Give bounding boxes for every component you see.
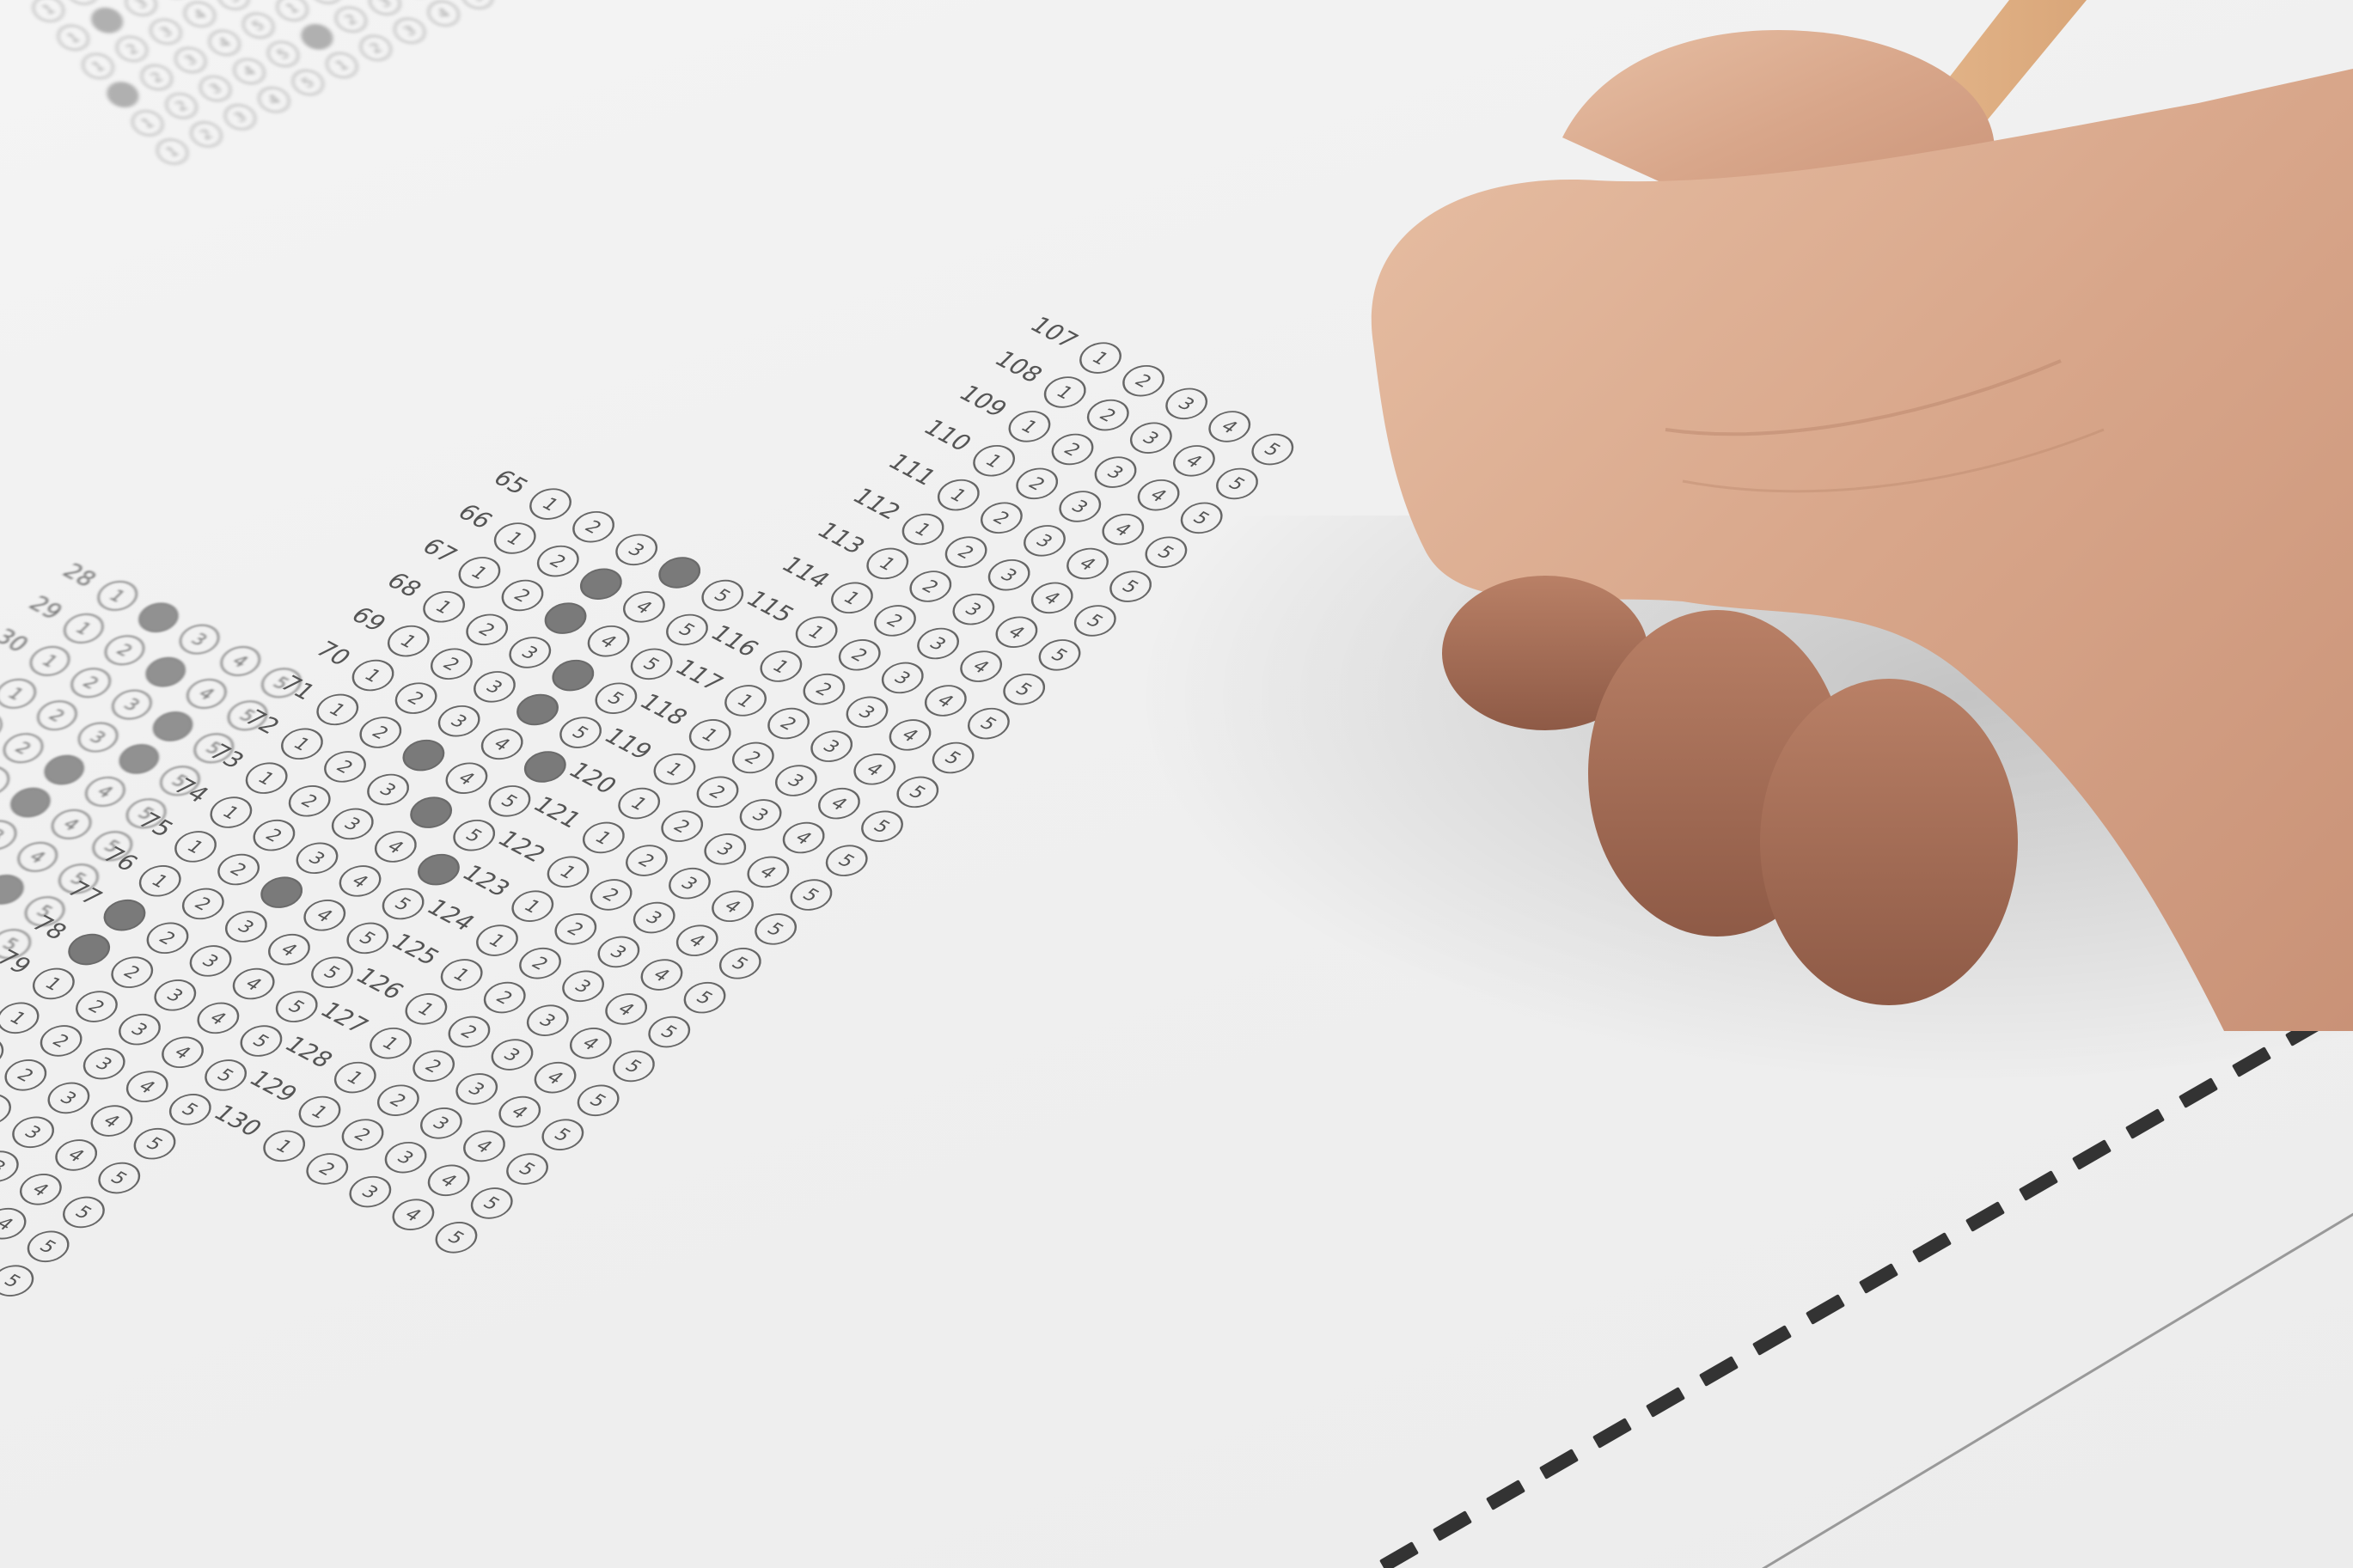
answer-bubble[interactable]: 3 [1157, 382, 1216, 425]
answer-bubble: 1 [101, 77, 144, 112]
answer-bubble[interactable]: 3 [171, 619, 228, 660]
answer-bubble[interactable]: 1 [645, 747, 705, 790]
answer-bubble[interactable]: 3 [589, 930, 648, 973]
answer-bubble[interactable]: 4 [810, 782, 869, 825]
answer-bubble[interactable]: 3 [731, 793, 791, 836]
answer-bubble[interactable]: 3 [625, 896, 684, 939]
answer-bubble[interactable]: 3 [110, 1008, 169, 1051]
sheet-edge-line [1762, 1169, 2353, 1568]
answer-bubble[interactable]: 1 [450, 551, 510, 594]
answer-bubble[interactable]: 4 [46, 1133, 106, 1176]
answer-bubble[interactable]: 4 [331, 859, 390, 902]
answer-bubble[interactable]: 3 [39, 1077, 98, 1120]
answer-bubble[interactable]: 5 [675, 976, 735, 1019]
answer-bubble[interactable]: 3 [412, 1101, 471, 1144]
answer-bubble[interactable]: 1 [858, 542, 917, 585]
answer-bubble[interactable]: 3 [36, 749, 93, 790]
answer-bubble[interactable]: 2 [138, 917, 198, 960]
answer-bubble[interactable]: 4 [295, 894, 354, 937]
answer-bubble[interactable]: 2 [67, 985, 126, 1028]
answer-bubble[interactable]: 3 [944, 588, 1003, 631]
answer-bubble[interactable]: 4 [224, 962, 284, 1005]
answer-bubble[interactable]: 4 [774, 816, 834, 859]
answer-bubble[interactable]: 4 [738, 851, 798, 894]
answer-bubble[interactable]: 1 [432, 953, 492, 996]
answer-bubble[interactable]: 2 [901, 564, 960, 607]
answer-bubble[interactable]: 1 [681, 713, 740, 756]
answer-bubble[interactable]: 1 [290, 1090, 350, 1133]
answer-bubble: 3 [119, 0, 162, 21]
answer-bubble[interactable]: 4 [845, 747, 904, 790]
answer-bubble[interactable]: 5 [569, 1079, 628, 1122]
answer-bubble: 5 [236, 9, 280, 43]
answer-bubble: 5 [261, 37, 305, 71]
answer-bubble[interactable]: 1 [89, 575, 146, 616]
answer-bubble[interactable]: 1 [539, 851, 598, 894]
answer-bubble: 4 [202, 26, 246, 60]
question-number: 113 [794, 509, 871, 559]
answer-bubble[interactable]: 4 [951, 644, 1011, 687]
answer-bubble[interactable]: 5 [959, 702, 1018, 745]
answer-bubble[interactable]: 3 [181, 939, 241, 982]
answer-bubble[interactable]: 2 [1007, 462, 1066, 505]
timing-mark [1379, 1541, 1419, 1568]
answer-bubble[interactable]: 2 [0, 1053, 55, 1096]
answer-bubble[interactable]: 5 [781, 873, 840, 916]
question-number: 114 [759, 544, 835, 594]
answer-bubble[interactable]: 3 [1121, 417, 1181, 460]
answer-bubble[interactable]: 3 [340, 1170, 400, 1213]
answer-bubble[interactable]: 3 [483, 1033, 542, 1076]
answer-bubble[interactable]: 1 [396, 987, 455, 1030]
answer-bubble[interactable]: 2 [102, 950, 162, 993]
answer-bubble[interactable]: 1 [822, 577, 882, 619]
answer-bubble[interactable]: 1 [716, 679, 775, 722]
answer-bubble[interactable]: 5 [19, 1225, 78, 1268]
answer-bubble[interactable]: 4 [419, 1159, 479, 1202]
answer-bubble[interactable]: 1 [59, 928, 119, 971]
answer-bubble: 5 [286, 65, 330, 100]
answer-bubble[interactable]: 1 [24, 962, 83, 1005]
answer-bubble[interactable]: 3 [660, 862, 719, 905]
answer-bubble[interactable]: 4 [703, 885, 762, 928]
answer-bubble[interactable]: 4 [11, 1168, 70, 1211]
timing-mark [1539, 1449, 1579, 1480]
answer-bubble: 1 [150, 134, 194, 168]
answer-bubble[interactable]: 2 [652, 804, 712, 847]
answer-bubble[interactable]: 2 [582, 873, 641, 916]
answer-bubble[interactable]: 5 [533, 1113, 592, 1156]
question-number: 66 [422, 485, 498, 534]
answer-bubble[interactable]: 2 [724, 736, 783, 779]
answer-bubble[interactable]: 3 [500, 631, 559, 674]
answer-bubble[interactable]: 5 [89, 1156, 149, 1199]
answer-bubble[interactable]: 1 [1071, 336, 1130, 379]
answer-bubble[interactable]: 2 [440, 1010, 499, 1053]
answer-bubble[interactable]: 4 [437, 757, 497, 800]
answer-bubble[interactable]: 3 [553, 965, 613, 1008]
timing-mark [1592, 1418, 1632, 1449]
answer-bubble[interactable]: 1 [272, 723, 332, 766]
answer-bubble[interactable]: 2 [32, 1019, 91, 1062]
answer-bubble: 1 [27, 0, 70, 27]
answer-bubble[interactable]: 3 [518, 998, 578, 1041]
answer-bubble[interactable]: 1 [0, 673, 44, 714]
answer-bubble[interactable]: 3 [217, 905, 276, 948]
timing-mark [1859, 1263, 1898, 1294]
question-number: 109 [937, 373, 1013, 423]
answer-bubble[interactable]: 1 [751, 644, 810, 687]
answer-bubble[interactable]: 4 [188, 997, 248, 1040]
answer-bubble[interactable]: 2 [493, 574, 553, 617]
answer-bubble: 4 [227, 54, 271, 88]
answer-bubble[interactable]: 5 [604, 1045, 663, 1088]
answer-bubble[interactable]: 1 [344, 654, 403, 697]
answer-bubble[interactable]: 2 [1114, 359, 1173, 402]
answer-bubble[interactable]: 5 [711, 942, 770, 985]
question-number: 107 [1007, 304, 1084, 354]
answer-bubble[interactable]: 1 [237, 756, 296, 799]
answer-bubble: 2 [304, 0, 348, 9]
answer-bubble[interactable]: 3 [323, 802, 382, 845]
answer-bubble[interactable]: 4 [1129, 473, 1189, 516]
question-number: 29 [0, 577, 68, 625]
answer-bubble[interactable]: 3 [394, 734, 453, 777]
answer-bubble: 2 [159, 88, 203, 123]
answer-bubble[interactable]: 2 [96, 630, 153, 671]
answer-bubble[interactable]: 2 [529, 540, 588, 583]
timing-mark [1752, 1325, 1792, 1356]
answer-bubble: 2 [135, 60, 179, 95]
answer-bubble: 1 [51, 21, 95, 55]
answer-bubble[interactable]: 2 [510, 942, 570, 985]
answer-bubble[interactable]: 2 [546, 907, 605, 950]
answer-bubble[interactable]: 1 [894, 508, 953, 551]
timing-mark [1646, 1387, 1685, 1418]
question-number: 68 [351, 552, 427, 602]
answer-bubble[interactable]: 2 [315, 745, 375, 788]
answer-bubble: 3 [218, 100, 262, 134]
timing-mark [1806, 1294, 1845, 1325]
timing-mark [2019, 1170, 2058, 1201]
answer-bubble[interactable]: 2 [0, 728, 52, 769]
answer-bubble[interactable]: 1 [486, 516, 545, 559]
answer-bubble[interactable]: 1 [574, 816, 633, 859]
answer-bubble[interactable]: 1 [361, 1022, 420, 1065]
answer-bubble[interactable]: 5 [54, 1191, 113, 1234]
answer-bubble: 4 [178, 0, 222, 32]
answer-bubble[interactable]: 1 [609, 782, 669, 825]
hand-with-pencil [1236, 0, 2353, 1031]
answer-bubble[interactable]: 4 [83, 1099, 142, 1142]
answer-bubble[interactable]: 2 [280, 779, 339, 822]
answer-bubble[interactable]: 2 [297, 1147, 357, 1190]
answer-bubble: 1 [320, 48, 364, 82]
answer-bubble[interactable]: 3 [358, 768, 418, 811]
answer-bubble[interactable]: 2 [1043, 428, 1103, 471]
answer-bubble[interactable]: 4 [579, 619, 639, 662]
answer-bubble[interactable]: 4 [490, 1090, 549, 1133]
answer-bubble[interactable]: 1 [1000, 405, 1060, 448]
answer-bubble[interactable]: 3 [802, 724, 861, 767]
answer-bubble[interactable]: 4 [614, 585, 674, 628]
answer-bubble[interactable]: 3 [252, 870, 311, 913]
answer-bubble[interactable]: 5 [817, 839, 877, 882]
answer-bubble[interactable]: 1 [414, 585, 474, 628]
answer-bubble[interactable]: 1 [964, 439, 1024, 482]
answer-bubble[interactable]: 3 [70, 717, 126, 758]
answer-bubble[interactable]: 3 [465, 665, 524, 708]
answer-bubble[interactable]: 4 [508, 688, 567, 731]
answer-bubble[interactable]: 5 [0, 1259, 42, 1302]
answer-bubble[interactable]: 5 [888, 771, 947, 814]
question-number: 71 [244, 656, 321, 705]
answer-bubble[interactable]: 2 [209, 848, 268, 891]
answer-bubble[interactable]: 2 [937, 530, 996, 573]
answer-bubble[interactable]: 4 [668, 918, 727, 961]
answer-bubble[interactable]: 1 [326, 1056, 385, 1099]
answer-bubble[interactable]: 5 [639, 1010, 699, 1053]
answer-bubble[interactable]: 5 [746, 907, 805, 950]
question-number: 108 [972, 339, 1048, 388]
answer-bubble[interactable]: 2 [29, 695, 86, 736]
question-number: 112 [830, 475, 907, 525]
answer-bubble[interactable]: 1 [166, 825, 225, 868]
answer-bubble[interactable]: 2 [794, 668, 853, 711]
answer-bubble[interactable]: 2 [63, 662, 119, 704]
question-number: 110 [901, 406, 977, 456]
answer-bubble[interactable]: 4 [987, 611, 1047, 654]
question-number: 65 [457, 450, 534, 500]
answer-bubble[interactable]: 1 [131, 859, 190, 902]
answer-bubble: 2 [329, 2, 373, 36]
answer-bubble: 4 [421, 0, 465, 31]
question-number: 67 [387, 519, 463, 569]
answer-bubble[interactable]: 4 [526, 1056, 585, 1099]
answer-bubble: 3 [388, 14, 431, 48]
answer-bubble[interactable]: 3 [376, 1136, 436, 1179]
answer-bubble: 4 [252, 82, 296, 117]
answer-bubble[interactable]: 4 [118, 1065, 177, 1107]
timing-mark [1965, 1201, 2005, 1232]
answer-bubble: 1 [295, 20, 339, 54]
answer-bubble[interactable]: 1 [254, 1125, 314, 1168]
question-number: 111 [865, 441, 942, 491]
answer-bubble[interactable]: 2 [759, 702, 818, 745]
question-number: 28 [29, 545, 101, 592]
answer-bubble[interactable]: 4 [383, 1193, 443, 1236]
answer-bubble[interactable]: 4 [916, 679, 975, 722]
answer-bubble[interactable]: 4 [596, 987, 656, 1030]
timing-mark [1699, 1356, 1739, 1387]
answer-bubble[interactable]: 4 [633, 953, 692, 996]
answer-bubble[interactable]: 2 [830, 633, 889, 676]
answer-bubble[interactable]: 3 [288, 837, 347, 880]
answer-bubble[interactable]: 4 [153, 1031, 212, 1074]
question-number: 70 [280, 621, 357, 671]
answer-bubble[interactable]: 5 [125, 1122, 185, 1165]
answer-bubble[interactable]: 3 [138, 651, 194, 692]
answer-bubble[interactable]: 3 [3, 782, 59, 823]
answer-bubble[interactable]: 4 [650, 551, 709, 594]
answer-bubble[interactable]: 5 [924, 736, 983, 779]
answer-bubble[interactable]: 3 [3, 1111, 63, 1154]
answer-bubble[interactable]: 3 [838, 691, 897, 734]
answer-bubble[interactable]: 2 [244, 814, 303, 857]
answer-bubble: 1 [76, 49, 119, 83]
answer-bubble: 2 [184, 117, 228, 151]
answer-bubble[interactable]: 1 [1036, 370, 1095, 413]
answer-bubble: 3 [193, 71, 237, 106]
answer-bubble[interactable]: 1 [787, 610, 846, 653]
answer-bubble[interactable]: 4 [1164, 439, 1224, 482]
answer-bubble: 3 [144, 15, 187, 49]
answer-bubble[interactable]: 4 [0, 1202, 35, 1245]
answer-bubble: 2 [110, 32, 154, 66]
answer-bubble[interactable]: 4 [401, 790, 461, 833]
answer-bubble[interactable]: 3 [873, 656, 932, 699]
answer-bubble[interactable]: 3 [145, 973, 205, 1016]
answer-bubble[interactable]: 2 [387, 676, 446, 719]
answer-bubble: 3 [363, 0, 406, 20]
answer-bubble: 5 [211, 0, 255, 15]
answer-bubble[interactable]: 4 [561, 1022, 620, 1065]
answer-bubble[interactable]: 1 [929, 473, 988, 516]
answer-bubble[interactable]: 1 [379, 619, 438, 662]
answer-bubble: 1 [270, 0, 314, 26]
answer-bubble[interactable]: 5 [0, 1293, 7, 1336]
answer-bubble: 1 [125, 106, 169, 140]
answer-bubble: 2 [60, 0, 104, 9]
answer-bubble[interactable]: 3 [767, 759, 826, 802]
answer-bubble[interactable]: 2 [333, 1113, 393, 1156]
answer-bubble[interactable]: 2 [174, 882, 233, 925]
question-number: 69 [315, 587, 392, 637]
answer-bubble: 2 [354, 31, 398, 65]
answer-bubble[interactable]: 3 [571, 563, 631, 606]
answer-bubble[interactable]: 4 [881, 713, 940, 756]
answer-bubble[interactable]: 1 [95, 894, 155, 937]
answer-bubble[interactable]: 4 [455, 1125, 514, 1168]
answer-bubble[interactable]: 5 [994, 668, 1054, 711]
timing-mark [2072, 1139, 2112, 1170]
answer-bubble[interactable]: 3 [536, 596, 596, 639]
answer-bubble: 3 [168, 43, 212, 77]
answer-bubble[interactable]: 2 [475, 976, 535, 1019]
answer-bubble[interactable]: 2 [972, 497, 1031, 540]
answer-bubble[interactable]: 5 [498, 1147, 557, 1190]
answer-bubble[interactable]: 2 [404, 1045, 463, 1088]
answer-bubble[interactable]: 2 [351, 711, 410, 753]
answer-bubble[interactable]: 3 [430, 699, 489, 742]
answer-bubble[interactable]: 2 [564, 505, 623, 548]
answer-bubble[interactable]: 1 [503, 884, 562, 927]
answer-bubble[interactable]: 2 [617, 839, 676, 882]
answer-bubble[interactable]: 5 [427, 1216, 486, 1259]
answer-bubble[interactable]: 1 [201, 790, 260, 833]
answer-bubble[interactable]: 1 [521, 482, 580, 525]
answer-bubble[interactable]: 3 [1086, 450, 1146, 493]
answer-bubble[interactable]: 1 [56, 607, 113, 649]
answer-bubble[interactable]: 1 [21, 640, 78, 681]
timing-mark [1486, 1480, 1525, 1510]
answer-bubble[interactable]: 5 [853, 805, 912, 848]
answer-bubble[interactable]: 3 [695, 827, 755, 870]
answer-bubble[interactable]: 3 [908, 622, 968, 665]
answer-bubble[interactable]: 2 [369, 1079, 428, 1122]
timing-mark [1912, 1232, 1952, 1263]
answer-bubble[interactable]: 2 [1079, 394, 1138, 436]
answer-bubble[interactable]: 4 [260, 928, 319, 971]
answer-bubble[interactable]: 5 [462, 1181, 522, 1224]
answer-bubble[interactable]: 2 [688, 771, 748, 814]
answer-bubble[interactable]: 2 [131, 597, 187, 638]
answer-bubble[interactable]: 4 [543, 654, 602, 697]
answer-bubble[interactable]: 4 [366, 825, 425, 868]
answer-bubble[interactable]: 3 [447, 1067, 506, 1110]
answer-bubble[interactable]: 4 [473, 723, 532, 766]
answer-bubble[interactable]: 3 [980, 553, 1039, 596]
answer-bubble[interactable]: 2 [457, 608, 516, 651]
answer-bubble[interactable]: 1 [308, 688, 367, 731]
answer-bubble[interactable]: 3 [607, 528, 666, 571]
answer-bubble[interactable]: 3 [75, 1042, 134, 1085]
timing-mark [1433, 1510, 1472, 1541]
answer-bubble[interactable]: 2 [422, 643, 481, 686]
answer-bubble: 2 [85, 3, 129, 38]
answer-bubble: 5 [455, 0, 499, 14]
answer-bubble[interactable]: 1 [0, 997, 48, 1040]
answer-bubble[interactable]: 2 [865, 599, 925, 642]
answer-bubble[interactable]: 3 [104, 684, 161, 725]
answer-bubble[interactable]: 1 [468, 918, 527, 961]
